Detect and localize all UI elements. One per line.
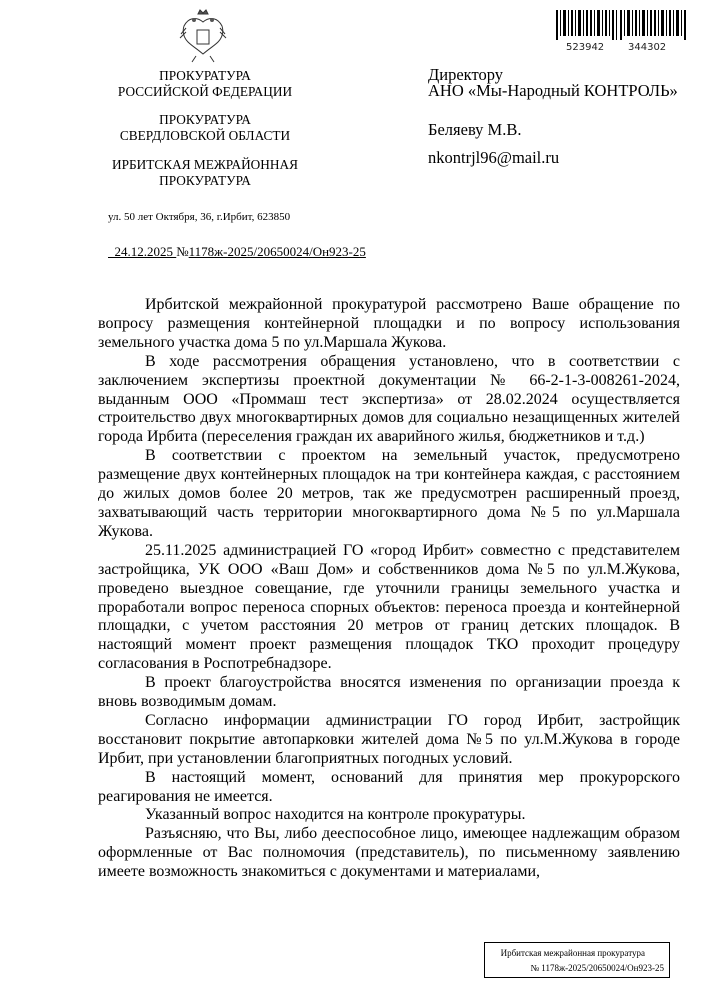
paragraph: В соответствии с проектом на земельный у… (98, 447, 680, 542)
org-line: ПРОКУРАТУРА (100, 173, 310, 189)
paragraph: В ходе рассмотрения обращения установлен… (98, 353, 680, 448)
paragraph: В настоящий момент, оснований для принят… (98, 769, 680, 807)
recipient-title: Директору (428, 67, 678, 82)
paragraph: Разъясняю, что Вы, либо дееспособное лиц… (98, 825, 680, 882)
registration-stamp: Ирбитская межрайонная прокуратура № 1178… (484, 942, 670, 978)
reg-no-sign: № (176, 244, 188, 259)
reg-date: 24.12.2025 (108, 244, 176, 259)
org-line: РОССИЙСКОЙ ФЕДЕРАЦИИ (100, 84, 310, 100)
org-line: ИРБИТСКАЯ МЕЖРАЙОННАЯ (100, 157, 310, 173)
reg-number: 1178ж-2025/20650024/Он923-25 (189, 244, 366, 259)
recipient-name: Беляеву М.В. (428, 121, 678, 139)
org-name-rf: ПРОКУРАТУРА РОССИЙСКОЙ ФЕДЕРАЦИИ (100, 68, 310, 100)
registration-line: 24.12.2025 №1178ж-2025/20650024/Он923-25 (108, 244, 366, 260)
paragraph: Указанный вопрос находится на контроле п… (98, 806, 680, 825)
recipient-organization: АНО «Мы-Народный КОНТРОЛЬ» (428, 82, 678, 99)
paragraph: Согласно информации администрации ГО гор… (98, 712, 680, 769)
org-name-local: ИРБИТСКАЯ МЕЖРАЙОННАЯ ПРОКУРАТУРА (100, 157, 310, 189)
org-address: ул. 50 лет Октября, 36, г.Ирбит, 623850 (108, 211, 290, 223)
stamp-number: № 1178ж-2025/20650024/Он923-25 (530, 963, 664, 973)
paragraph: 25.11.2025 администрацией ГО «город Ирби… (98, 542, 680, 674)
coat-of-arms-icon (178, 8, 228, 64)
org-line: СВЕРДЛОВСКОЙ ОБЛАСТИ (100, 128, 310, 144)
paragraph: Ирбитской межрайонной прокуратурой рассм… (98, 296, 680, 353)
recipient-block: Директору АНО «Мы-Народный КОНТРОЛЬ» Бел… (428, 67, 678, 167)
paragraph: В проект благоустройства вносятся измене… (98, 674, 680, 712)
org-name-region: ПРОКУРАТУРА СВЕРДЛОВСКОЙ ОБЛАСТИ (100, 112, 310, 144)
letter-body: Ирбитской межрайонной прокуратурой рассм… (98, 296, 680, 882)
barcode-right-digits: 344302 (628, 42, 666, 53)
barcode-left-digits: 523942 (566, 42, 604, 53)
recipient-email: nkontrjl96@mail.ru (428, 149, 678, 167)
org-line: ПРОКУРАТУРА (100, 68, 310, 84)
barcode (556, 10, 686, 40)
stamp-org: Ирбитская межрайонная прокуратура (501, 948, 645, 958)
org-line: ПРОКУРАТУРА (100, 112, 310, 128)
